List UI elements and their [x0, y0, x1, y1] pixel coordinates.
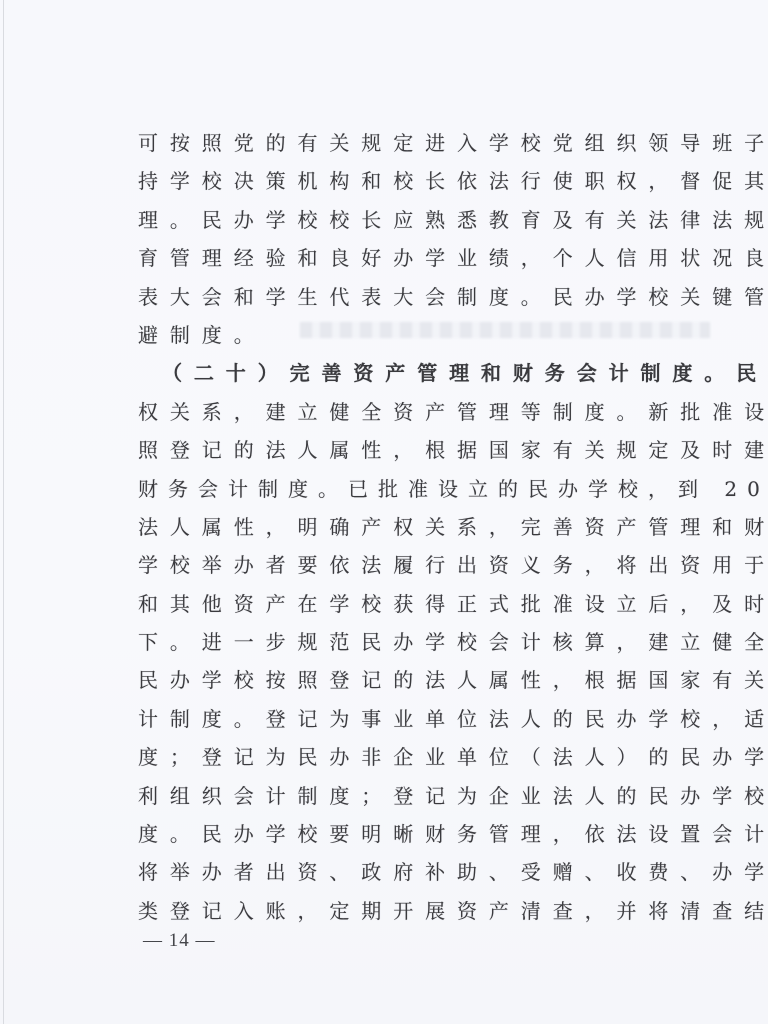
text-line: 民办学校按照登记的法人属性，根据国家有关规定执行相应的会 [138, 661, 718, 699]
text-line: 将举办者出资、政府补助、受赠、收费、办学积累等各类资产分 [138, 853, 718, 891]
page-number: — 14 — [143, 930, 216, 952]
text-line: 财务会计制度。已批准设立的民办学校，到 2020 年按照登记的 [138, 470, 718, 508]
text-line: 类登记入账，定期开展资产清查，并将清查结果向社会公布。民 [138, 892, 718, 930]
section-heading-line: （二十）完善资产管理和财务会计制度。民办学校要明确产 [138, 354, 718, 392]
text-line: 持学校决策机构和校长依法行使职权，督促其依法治教、规范管 [138, 162, 718, 200]
text-line: 利组织会计制度；登记为企业法人的民办学校，适用企业会计制 [138, 777, 718, 815]
text-line: 下。进一步规范民办学校会计核算，建立健全第三方审计制度。 [138, 623, 718, 661]
text-line: 学校举办者要依法履行出资义务，将出资用于办学的土地、校舍 [138, 546, 718, 584]
text-line: 可按照党的有关规定进入学校党组织领导班子。学校党组织要支 [138, 124, 718, 162]
text-line: 和其他资产在学校获得正式批准设立后，及时足额过户到学校名 [138, 585, 718, 623]
text-line: 表大会和学生代表大会制度。民办学校关键管理岗位实行亲属回 [138, 278, 718, 316]
text-line: 计制度。登记为事业单位法人的民办学校，适用事业单位会计制 [138, 700, 718, 738]
text-line: 理。民办学校校长应熟悉教育及有关法律法规，具有 5 年以上教 [138, 201, 718, 239]
text-line: 育管理经验和良好办学业绩，个人信用状况良好。完善教职工代 [138, 239, 718, 277]
text-line: 照登记的法人属性，根据国家有关规定及时建立健全资产管理和 [138, 431, 718, 469]
text-line: 法人属性，明确产权关系，完善资产管理和财务会计制度。民办 [138, 508, 718, 546]
document-page: 可按照党的有关规定进入学校党组织领导班子。学校党组织要支 持学校决策机构和校长依… [0, 0, 768, 1024]
text-line: 度。民办学校要明晰财务管理，依法设置会计账簿。民办学校要 [138, 815, 718, 853]
text-line: 避制度。 [138, 316, 718, 354]
body-text: 可按照党的有关规定进入学校党组织领导班子。学校党组织要支 持学校决策机构和校长依… [138, 124, 718, 930]
text-line: 权关系，建立健全资产管理等制度。新批准设立的民办学校要按 [138, 393, 718, 431]
scan-edge [3, 0, 4, 1024]
text-line: 度；登记为民办非企业单位（法人）的民办学校，执行民间非营 [138, 738, 718, 776]
